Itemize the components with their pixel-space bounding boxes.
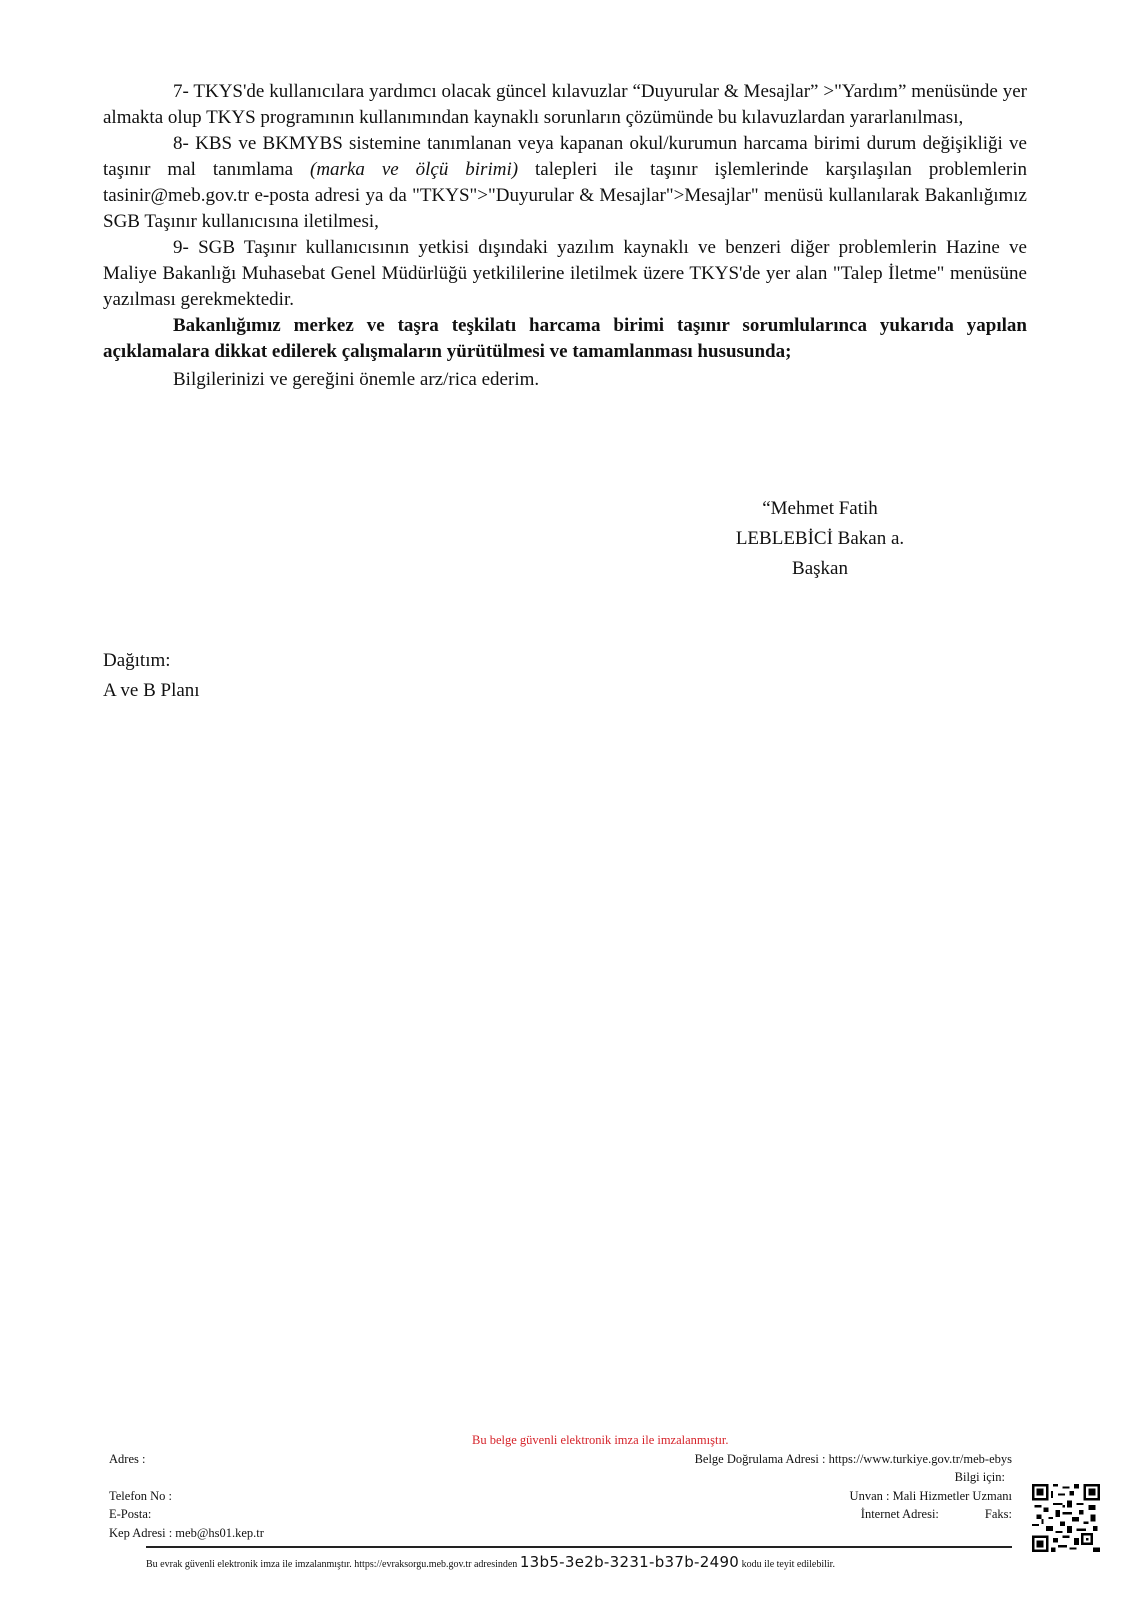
signature-name-line2: LEBLEBİCİ Bakan a. [700, 524, 940, 554]
qr-code-icon [1032, 1483, 1100, 1553]
paragraph-item-9: 9- SGB Taşınır kullanıcısının yetkisi dı… [103, 235, 1027, 313]
distribution-value: A ve B Planı [103, 676, 200, 706]
footer-title: Unvan : Mali Hizmetler Uzmanı [850, 1489, 1012, 1504]
footer-address: Adres : [109, 1452, 145, 1467]
distribution-block: Dağıtım: A ve B Planı [103, 646, 200, 706]
paragraph-item-8: 8- KBS ve BKMYBS sistemine tanımlanan ve… [103, 131, 1027, 235]
footer-verification-line: Bu evrak güvenli elektronik imza ile imz… [146, 1553, 835, 1571]
paragraph-8-italic: (marka ve ölçü birimi) [310, 159, 518, 180]
paragraph-request: Bakanlığımız merkez ve taşra teşkilatı h… [103, 313, 1027, 365]
verification-code: 13b5-3e2b-3231-b37b-2490 [520, 1553, 739, 1571]
verification-suffix: kodu ile teyit edilebilir. [739, 1559, 835, 1570]
footer-phone: Telefon No : [109, 1489, 172, 1504]
paragraph-item-7: 7- TKYS'de kullanıcılara yardımcı olacak… [103, 79, 1027, 131]
footer-info: Bilgi için: [955, 1470, 1005, 1485]
signature-block: “Mehmet Fatih LEBLEBİCİ Bakan a. Başkan [700, 494, 940, 584]
footer-fax: Faks: [985, 1507, 1012, 1521]
distribution-label: Dağıtım: [103, 646, 200, 676]
footer-kep-address: Kep Adresi : meb@hs01.kep.tr [109, 1526, 264, 1541]
footer-internet: İnternet Adresi: [861, 1507, 939, 1521]
signature-name-line1: “Mehmet Fatih [700, 494, 940, 524]
footer-verification-address[interactable]: Belge Doğrulama Adresi : https://www.tur… [695, 1452, 1012, 1467]
signed-notice: Bu belge güvenli elektronik imza ile imz… [472, 1433, 729, 1448]
letter-body: 7- TKYS'de kullanıcılara yardımcı olacak… [103, 79, 1027, 393]
verification-prefix: Bu evrak güvenli elektronik imza ile imz… [146, 1559, 520, 1570]
footer-divider [146, 1546, 1012, 1548]
paragraph-closing: Bilgilerinizi ve gereğini önemle arz/ric… [103, 367, 1027, 393]
footer-internet-fax: İnternet Adresi:Faks: [861, 1507, 1012, 1522]
signature-title: Başkan [700, 554, 940, 584]
footer-email: E-Posta: [109, 1507, 151, 1522]
